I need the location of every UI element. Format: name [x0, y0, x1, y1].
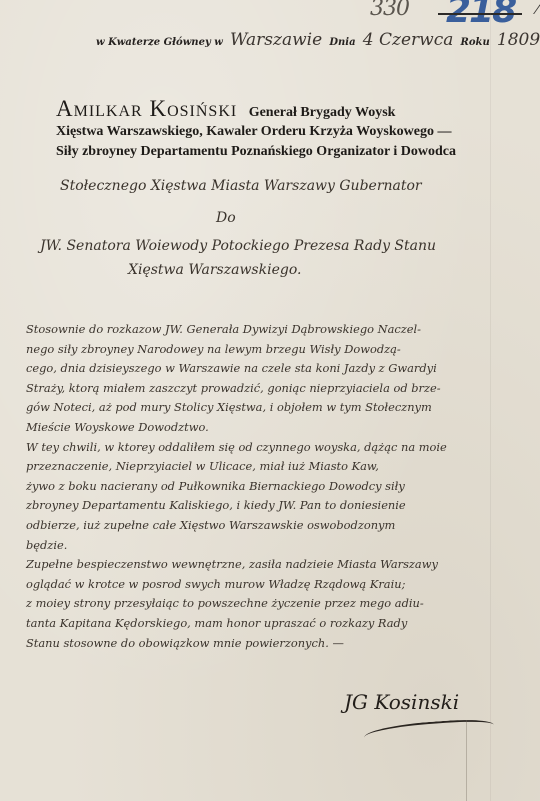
body-line: W tey chwili, w ktorey oddaliłem się od … [26, 438, 526, 458]
body-line: Stosownie do rozkazow JW. Generała Dywiz… [26, 320, 526, 340]
paper-fold-line [490, 0, 491, 801]
body-line: odbierze, iuż zupełne całe Xięstwo Warsz… [26, 516, 526, 536]
dateline-year-label: Roku [461, 37, 490, 48]
letter-body: Stosownie do rozkazow JW. Generała Dywiz… [26, 320, 526, 653]
letterhead-line-3: Siły zbroyney Departamentu Poznańskiego … [56, 142, 506, 162]
paper-fold-line [466, 720, 467, 801]
body-line: Mieście Woyskowe Dowodztwo. [26, 418, 526, 438]
dateline-place: Warszawie [226, 30, 326, 50]
dateline-day: 4 Czerwca [359, 30, 458, 50]
archive-number-pencil: 330 [370, 0, 409, 21]
body-line: cego, dnia dzisieyszego w Warszawie na c… [26, 359, 526, 379]
letterhead-name: Amilkar Kosiński [56, 96, 237, 121]
body-line: będzie. [26, 536, 526, 556]
letterhead-rank: Generał Brygady Woysk [249, 105, 396, 120]
body-line: tanta Kapitana Kędorskiego, mam honor up… [26, 614, 526, 634]
body-line: oglądać w krotce w posrod swych murow Wł… [26, 575, 526, 595]
governor-title: Stołecznego Xięstwa Miasta Warszawy Gube… [60, 178, 422, 194]
recipient-to-label: Do [216, 210, 236, 226]
body-line: z moiey strony przesyłaiąc to powszechne… [26, 594, 526, 614]
body-line: gów Noteci, aż pod mury Stolicy Xięstwa,… [26, 398, 526, 418]
signature: JG Kosinski [344, 690, 459, 714]
dateline-prefix: w Kwaterze Główney w [96, 37, 223, 48]
letterhead-line-1: Amilkar Kosiński Generał Brygady Woysk [56, 96, 506, 122]
body-line: zbroyney Departamentu Kaliskiego, i kied… [26, 496, 526, 516]
recipient-line-2: Xięstwa Warszawskiego. [128, 262, 301, 278]
letterhead: Amilkar Kosiński Generał Brygady Woysk X… [56, 96, 506, 162]
body-line: Stanu stosowne do obowiązkow mnie powier… [26, 634, 526, 654]
body-line: nego siły zbroyney Narodowey na lewym br… [26, 340, 526, 360]
dateline-year: 1809 [493, 30, 540, 50]
body-line: żywo z boku nacierany od Pułkownika Bier… [26, 477, 526, 497]
dateline: w Kwaterze Główney w Warszawie Dnia 4 Cz… [96, 30, 516, 50]
recipient-line-1: JW. Senatora Woiewody Potockiego Prezesa… [40, 238, 436, 254]
letterhead-line-2: Xięstwa Warszawskiego, Kawaler Orderu Kr… [56, 122, 506, 142]
document-page: 330 218 w Kwaterze Główney w Warszawie D… [0, 0, 540, 801]
body-line: Straży, ktorą miałem zaszczyt prowadzić,… [26, 379, 526, 399]
archive-number-blue: 218 [446, 0, 515, 31]
body-line: przeznaczenie, Nieprzyiaciel w Ulicace, … [26, 457, 526, 477]
body-line: Zupełne bespieczenstwo wewnętrzne, zasił… [26, 555, 526, 575]
dateline-day-label: Dnia [329, 37, 355, 48]
signature-flourish [363, 717, 494, 746]
